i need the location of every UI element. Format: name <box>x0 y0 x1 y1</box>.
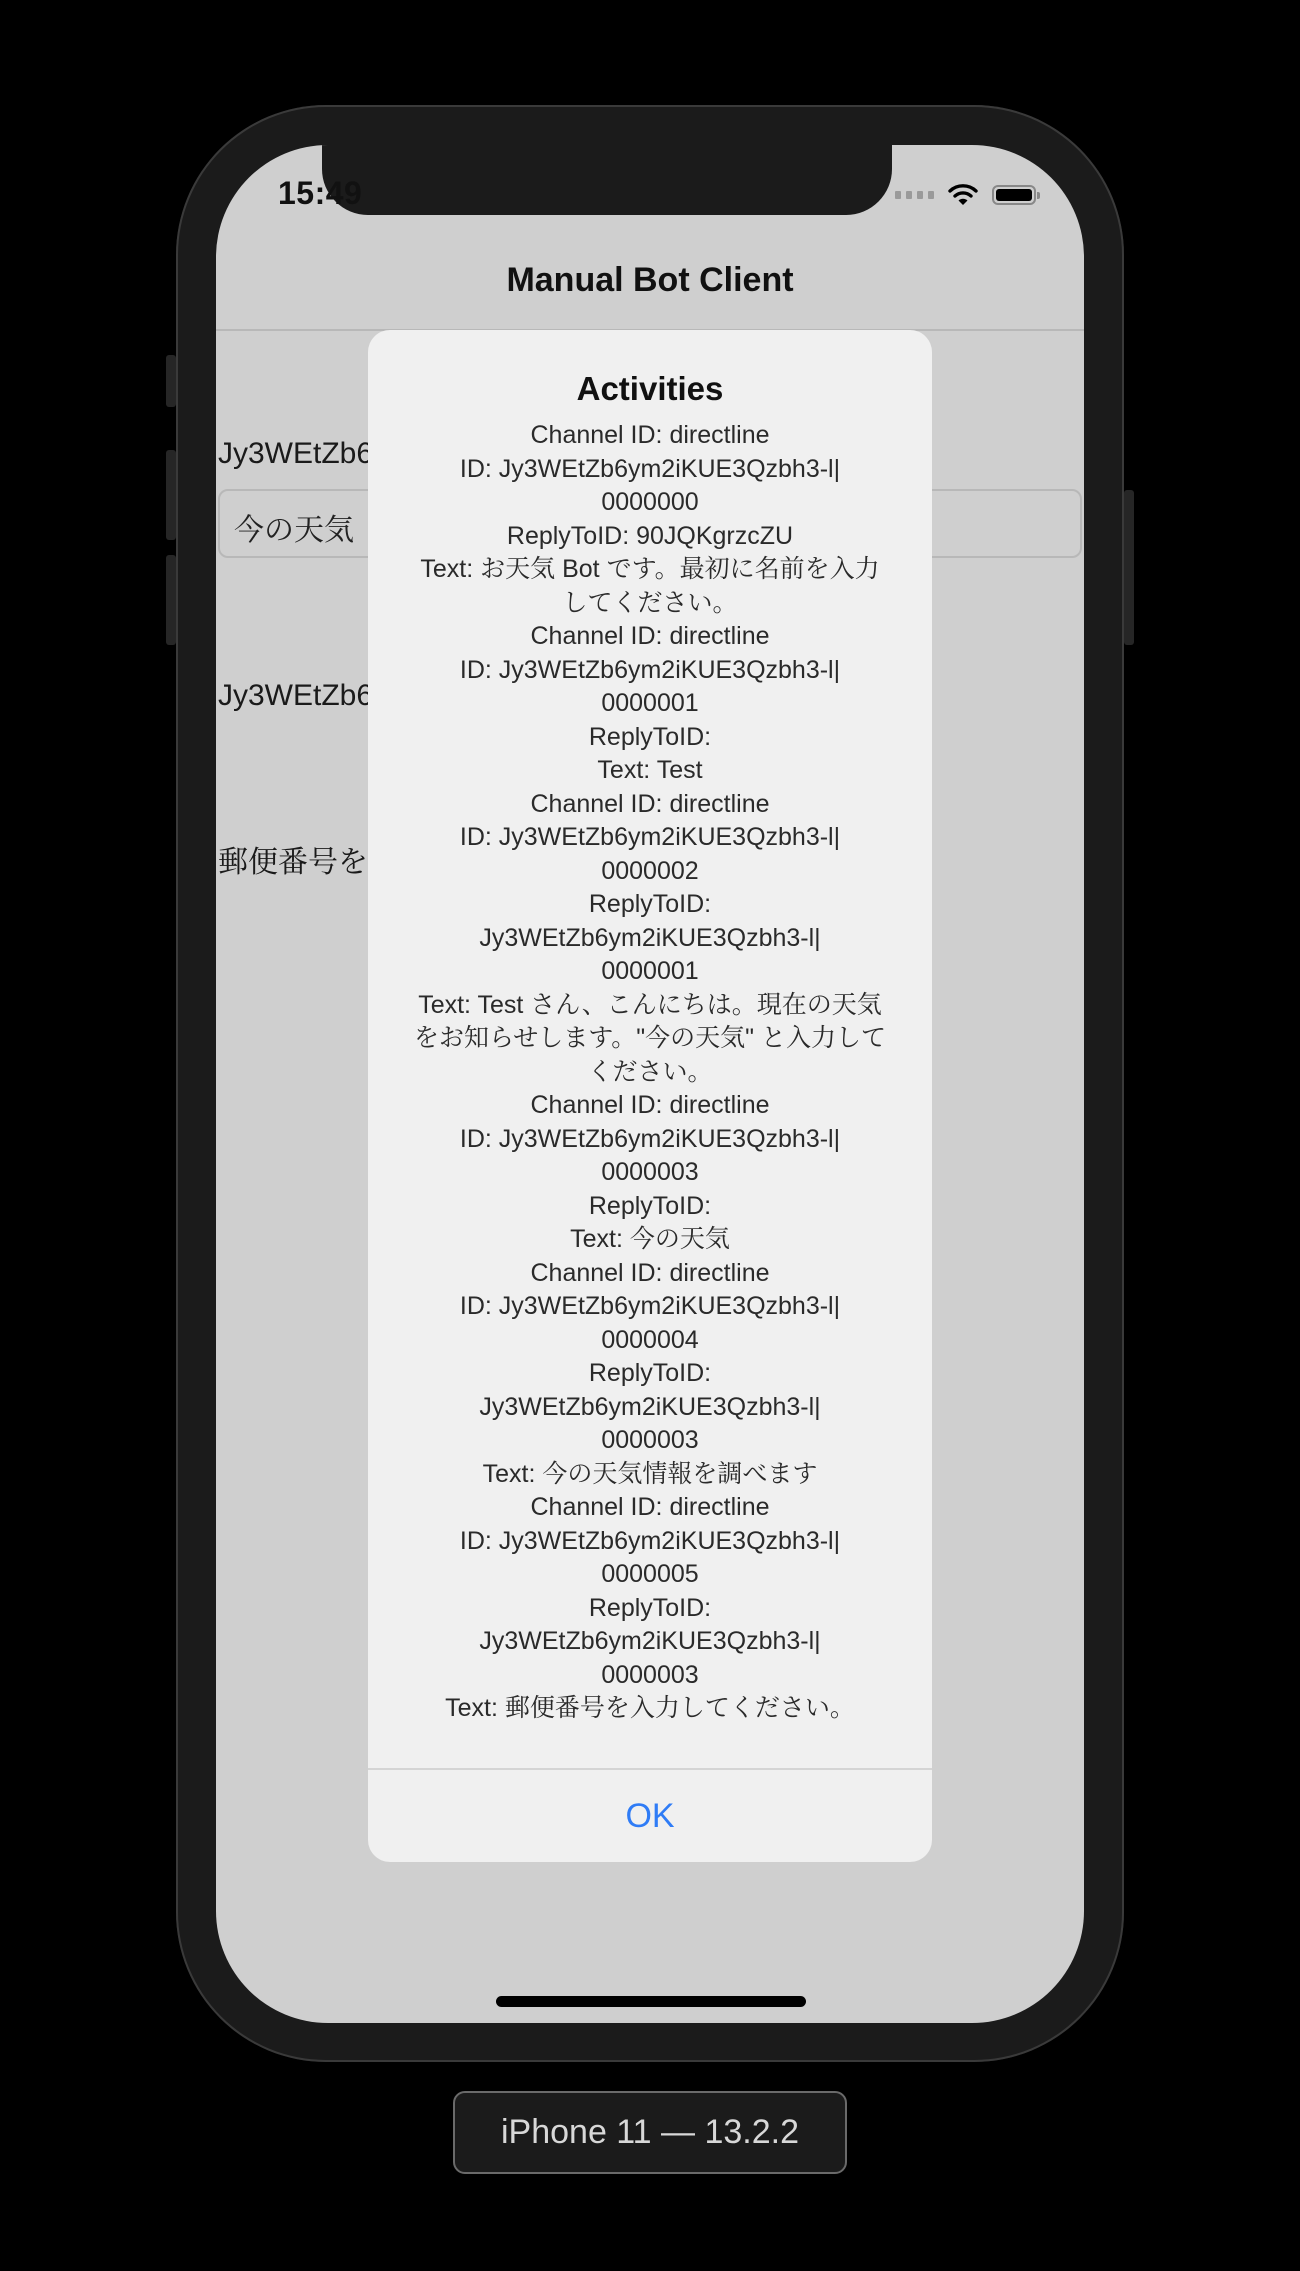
dialog-message-line: 0000003 <box>388 1424 912 1458</box>
dialog-message-line: ID: Jy3WEtZb6ym2iKUE3Qzbh3-l| <box>388 453 912 487</box>
dialog-message-line: Text: お天気 Bot です。最初に名前を入力 <box>388 553 912 587</box>
home-indicator[interactable] <box>496 1996 806 2007</box>
volume-up-button <box>166 450 176 540</box>
status-icons <box>895 183 1036 207</box>
dialog-message-line: Text: 郵便番号を入力してください。 <box>388 1692 912 1726</box>
activities-alert-dialog: Activities Channel ID: directlineID: Jy3… <box>368 330 932 1862</box>
volume-down-button <box>166 555 176 645</box>
dialog-message-line: Text: Test さん、こんにちは。現在の天気 <box>388 989 912 1023</box>
dialog-message-line: ID: Jy3WEtZb6ym2iKUE3Qzbh3-l| <box>388 821 912 855</box>
status-time: 15:49 <box>278 175 362 212</box>
cellular-signal-icon <box>895 191 934 199</box>
dialog-message-line: ReplyToID: <box>388 888 912 922</box>
dialog-message-line: 0000003 <box>388 1156 912 1190</box>
dialog-message-line: Jy3WEtZb6ym2iKUE3Qzbh3-l| <box>388 1391 912 1425</box>
dialog-message-line: 0000003 <box>388 1659 912 1693</box>
dialog-message-line: してください。 <box>388 587 912 621</box>
dialog-message-line: ReplyToID: 90JQKgrzcZU <box>388 520 912 554</box>
dialog-message-line: 0000002 <box>388 855 912 889</box>
dialog-message-line: 0000001 <box>388 955 912 989</box>
dialog-message-line: ReplyToID: <box>388 1592 912 1626</box>
dialog-message: Channel ID: directlineID: Jy3WEtZb6ym2iK… <box>388 419 912 1726</box>
dialog-message-line: ください。 <box>388 1056 912 1090</box>
dialog-message-line: Channel ID: directline <box>388 1089 912 1123</box>
dialog-message-line: をお知らせします。"今の天気" と入力して <box>388 1022 912 1056</box>
dialog-message-line: ReplyToID: <box>388 721 912 755</box>
battery-icon <box>992 185 1036 205</box>
dialog-message-line: Jy3WEtZb6ym2iKUE3Qzbh3-l| <box>388 922 912 956</box>
dialog-message-line: Text: 今の天気 <box>388 1223 912 1257</box>
dialog-message-line: ID: Jy3WEtZb6ym2iKUE3Qzbh3-l| <box>388 654 912 688</box>
dialog-message-line: Channel ID: directline <box>388 788 912 822</box>
power-button <box>1124 490 1134 645</box>
dialog-message-line: Channel ID: directline <box>388 1491 912 1525</box>
dialog-message-line: 0000000 <box>388 486 912 520</box>
dialog-message-line: Channel ID: directline <box>388 419 912 453</box>
dialog-message-line: 0000005 <box>388 1558 912 1592</box>
dialog-message-line: Text: 今の天気情報を調べます <box>388 1458 912 1492</box>
dialog-message-line: ID: Jy3WEtZb6ym2iKUE3Qzbh3-l| <box>388 1290 912 1324</box>
dialog-message-line: ReplyToID: <box>388 1190 912 1224</box>
dialog-message-line: ID: Jy3WEtZb6ym2iKUE3Qzbh3-l| <box>388 1525 912 1559</box>
nav-title: Manual Bot Client <box>216 261 1084 300</box>
dialog-message-line: Text: Test <box>388 754 912 788</box>
silent-switch <box>166 355 176 407</box>
dialog-message-line: 0000001 <box>388 687 912 721</box>
dialog-title: Activities <box>368 370 932 408</box>
wifi-icon <box>948 183 978 207</box>
notch <box>322 145 892 215</box>
simulator-device-label: iPhone 11 — 13.2.2 <box>453 2091 847 2174</box>
dialog-message-line: Channel ID: directline <box>388 620 912 654</box>
dialog-message-line: Jy3WEtZb6ym2iKUE3Qzbh3-l| <box>388 1625 912 1659</box>
ok-button[interactable]: OK <box>368 1770 932 1862</box>
dialog-message-line: ID: Jy3WEtZb6ym2iKUE3Qzbh3-l| <box>388 1123 912 1157</box>
dialog-message-line: 0000004 <box>388 1324 912 1358</box>
dialog-message-line: ReplyToID: <box>388 1357 912 1391</box>
dialog-message-line: Channel ID: directline <box>388 1257 912 1291</box>
